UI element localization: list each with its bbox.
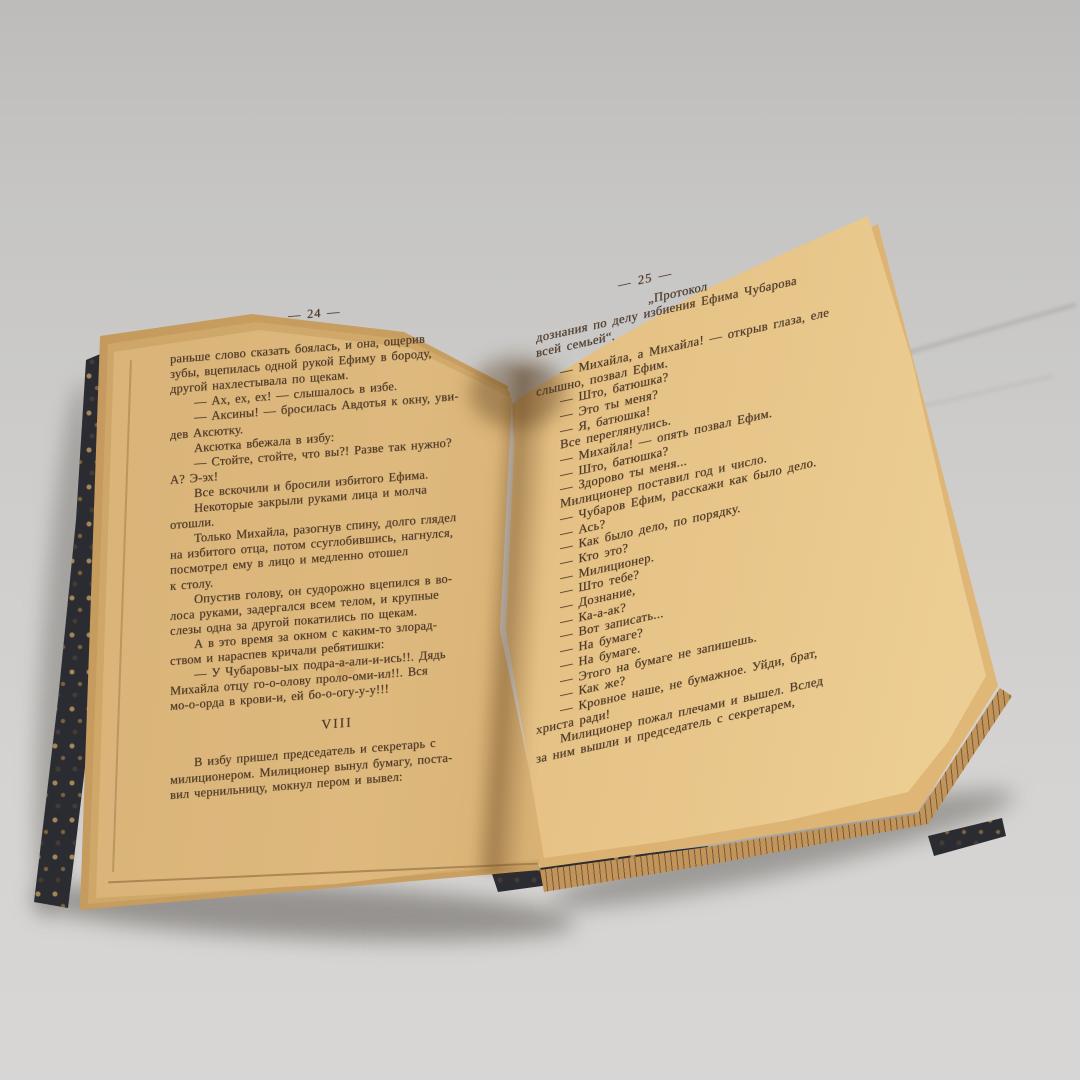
left-page-lines: раньше слово сказать боялась, и она, още… xyxy=(170,325,504,802)
right-page-lines: „Протоколдознания по делу избиения Ефима… xyxy=(536,246,854,767)
left-page-number: — 24 — xyxy=(288,291,504,323)
right-page-text: — 25 — „Протоколдознания по делу избиени… xyxy=(536,226,854,767)
background-scratch xyxy=(907,375,1054,411)
left-page-text: — 24 — раньше слово сказать боялась, и о… xyxy=(170,291,504,803)
photo-scene: — 24 — раньше слово сказать боялась, и о… xyxy=(0,0,1080,1080)
